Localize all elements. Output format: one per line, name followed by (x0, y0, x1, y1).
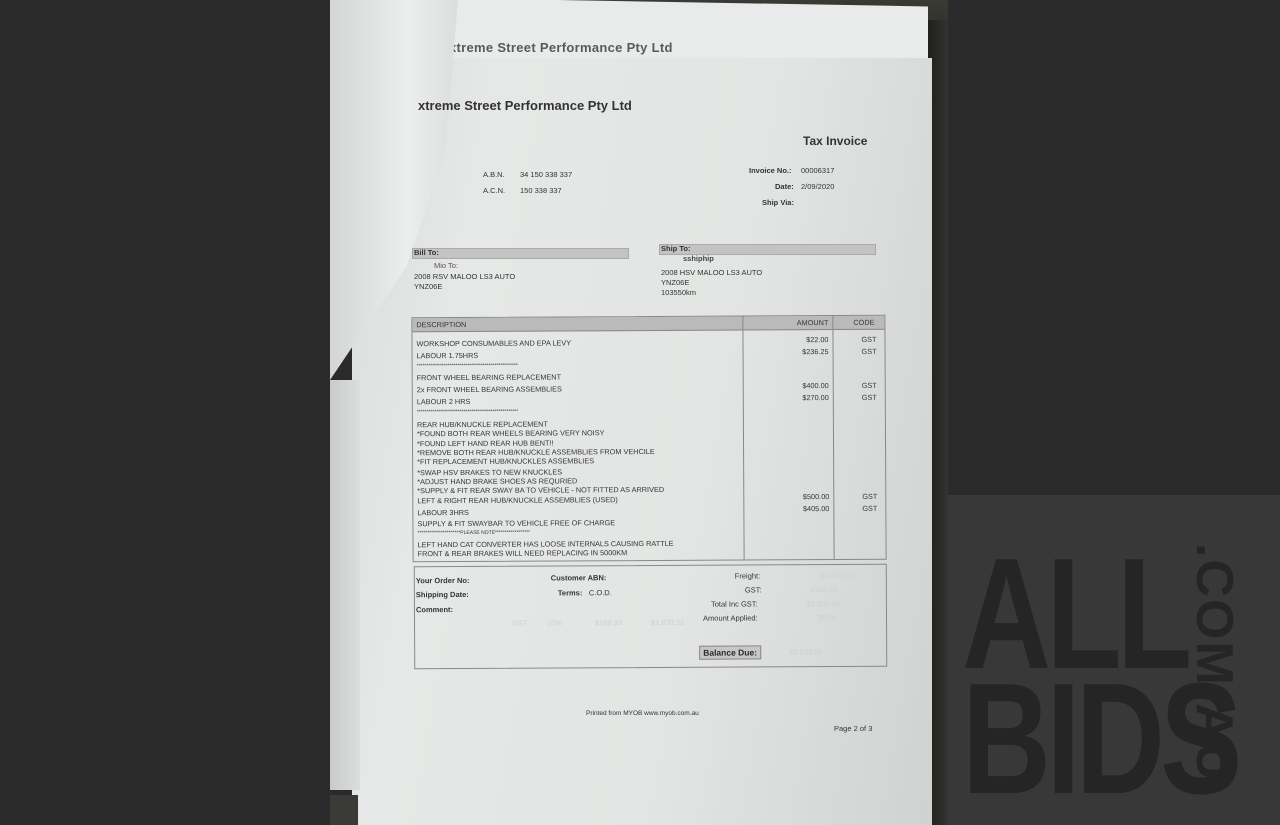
page-number: Page 2 of 3 (834, 724, 872, 733)
table-row-amount: $270.00 (769, 393, 829, 402)
table-row-amount: $405.00 (769, 504, 829, 513)
total-label: Total Inc GST: (711, 599, 758, 608)
ship-to-odometer: 103550km (661, 288, 696, 298)
line-items-table: DESCRIPTION AMOUNT CODE WORKSHOP CONSUMA… (411, 315, 886, 562)
balance-due-label: Balance Due: (699, 645, 761, 659)
tax-rate: 10% (547, 618, 562, 627)
terms-label: Terms: (558, 588, 582, 597)
printed-from: Printed from MYOB www.myob.com.au (586, 710, 699, 717)
tax-code: GST (512, 619, 527, 628)
shipping-date-label: Shipping Date: (416, 590, 469, 599)
terms-value: C.O.D. (589, 588, 612, 597)
bill-to-bar (412, 248, 629, 259)
table-row-description: LEFT & RIGHT REAR HUB/KNUCKLE ASSEMBLIES… (417, 495, 617, 505)
column-divider (742, 317, 744, 560)
table-row-description: *SUPPLY & FIT REAR SWAY BA TO VEHICLE - … (417, 485, 664, 495)
page-curl-edge (330, 380, 360, 790)
tax-total: $1,833.25 (651, 618, 684, 627)
abn-value: 34 150 338 337 (520, 170, 572, 179)
back-page-title: Extreme Street Performance Pty Ltd (440, 40, 673, 55)
bill-to-name: Mio To: (434, 261, 458, 271)
bill-to-rego: YNZ06E (414, 282, 442, 292)
table-row-description: WORKSHOP CONSUMABLES AND EPA LEVY (416, 338, 571, 348)
abn-label: A.B.N. (483, 170, 505, 179)
freight-value: $0.00 GST (820, 571, 856, 580)
amount-applied-value: $0.00 (818, 613, 837, 622)
comment-label: Comment: (416, 605, 453, 614)
freight-label: Freight: (735, 571, 760, 580)
company-name: xtreme Street Performance Pty Ltd (418, 98, 632, 113)
table-row-code: GST (862, 347, 877, 356)
desk-corner (330, 795, 358, 825)
bill-to-vehicle: 2008 RSV MALOO LS3 AUTO (414, 272, 515, 282)
amount-applied-label: Amount Applied: (703, 613, 758, 622)
tax-amount: $169.93 (595, 618, 622, 627)
ship-to-vehicle: 2008 HSV MALOO LS3 AUTO (661, 268, 762, 278)
table-row-code: GST (862, 504, 877, 513)
ship-to-name: sshiphip (683, 254, 714, 264)
invoice-no-value: 00006317 (801, 166, 834, 175)
table-row-description: FRONT WHEEL BEARING REPLACEMENT (417, 372, 561, 382)
document-type: Tax Invoice (803, 134, 867, 148)
customer-abn-label: Customer ABN: (551, 573, 607, 582)
gst-value: $169.93 (810, 585, 837, 594)
table-row-description: *FIT REPLACEMENT HUB/KNUCKLES ASSEMBLIES (417, 456, 594, 466)
table-row-code: GST (862, 492, 877, 501)
table-row-amount: $236.25 (769, 347, 829, 356)
summary-box: Your Order No: Shipping Date: Comment: C… (414, 564, 888, 669)
ship-to-label: Ship To: (661, 244, 690, 254)
acn-value: 150 338 337 (520, 186, 562, 195)
table-row-description: LABOUR 1.75HRS (417, 351, 479, 360)
acn-label: A.C.N. (483, 186, 505, 195)
table-row-code: GST (862, 381, 877, 390)
table-row-description: **********************PLEASE NOTE*******… (417, 530, 530, 537)
column-divider (832, 316, 834, 559)
your-order-no-label: Your Order No: (416, 576, 470, 585)
table-row-description: 2x FRONT WHEEL BEARING ASSEMBLIES (417, 384, 562, 394)
header-amount: AMOUNT (768, 318, 828, 327)
table-row-description: FRONT & REAR BRAKES WILL NEED REPLACING … (418, 548, 628, 558)
total-value: $1,833.25 (807, 599, 840, 608)
table-row-description: ****************************************… (417, 409, 518, 416)
bill-to-label: Bill To: (414, 248, 439, 258)
table-row-description: LABOUR 3HRS (417, 508, 469, 517)
header-description: DESCRIPTION (416, 320, 466, 329)
allbids-watermark: ALL BIDS .COM.AU (948, 495, 1280, 825)
header-code: CODE (853, 318, 874, 327)
balance-due-value: $1,833.25 (789, 647, 822, 656)
table-row-amount: $22.00 (768, 335, 828, 344)
table-row-code: GST (862, 393, 877, 402)
table-row-description: *FOUND BOTH REAR WHEELS BEARING VERY NOI… (417, 428, 605, 438)
invoice-no-label: Invoice No.: (749, 166, 792, 175)
table-row-description: ****************************************… (417, 363, 518, 370)
table-row-description: SUPPLY & FIT SWAYBAR TO VEHICLE FREE OF … (417, 518, 615, 528)
gst-label: GST: (745, 585, 762, 594)
ship-to-rego: YNZ06E (661, 278, 689, 288)
table-row-amount: $500.00 (769, 492, 829, 501)
table-row-code: GST (861, 335, 876, 344)
date-value: 2/09/2020 (801, 182, 834, 191)
date-label: Date: (775, 182, 794, 191)
ship-via-label: Ship Via: (762, 198, 794, 207)
table-row-description: LABOUR 2 HRS (417, 397, 471, 406)
table-row-amount: $400.00 (769, 381, 829, 390)
background-left (0, 0, 330, 825)
watermark-domain: .COM.AU (1188, 543, 1240, 782)
